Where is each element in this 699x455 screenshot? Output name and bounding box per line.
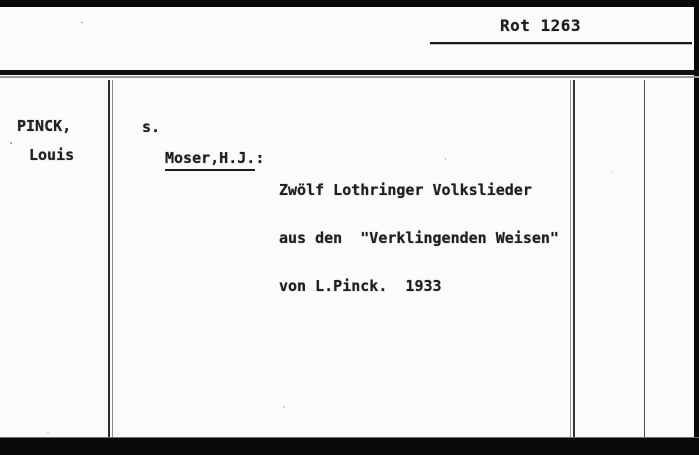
entry-title-line-2: aus den "Verklingenden Weisen" — [279, 230, 559, 246]
scan-speckle — [81, 22, 83, 23]
scan-speckle — [10, 142, 12, 144]
scan-speckle — [611, 171, 613, 172]
heading-forename: Louis — [29, 147, 74, 163]
entry-author-line: Moser,H.J.: — [165, 150, 264, 166]
entry-author-name: Moser,H.J. — [165, 149, 255, 171]
scan-speckle — [445, 158, 446, 160]
scan-speckle — [47, 432, 49, 433]
column-rule-right — [644, 80, 645, 437]
call-number-underline — [430, 42, 692, 44]
column-rule-middle — [570, 80, 575, 437]
entry-title-block: Zwölf Lothringer Volkslieder aus den "Ve… — [279, 150, 559, 326]
header-rule — [0, 70, 699, 75]
entry-title-line-3: von L.Pinck. 1933 — [279, 278, 559, 294]
call-number: Rot 1263 — [500, 16, 581, 35]
scan-edge-top — [0, 0, 699, 7]
heading-surname: PINCK, — [17, 118, 71, 134]
catalog-card-scan: Rot 1263 PINCK, Louis s. Moser,H.J.: Zwö… — [0, 0, 699, 455]
see-reference-marker: s. — [142, 119, 160, 135]
entry-author-separator: : — [255, 149, 264, 167]
header-rule-shadow — [0, 76, 699, 78]
column-rule-left — [108, 80, 113, 437]
scan-speckle — [283, 406, 285, 408]
scan-edge-right — [694, 0, 699, 455]
entry-title-line-1: Zwölf Lothringer Volkslieder — [279, 182, 559, 198]
scan-edge-bottom — [0, 437, 699, 455]
